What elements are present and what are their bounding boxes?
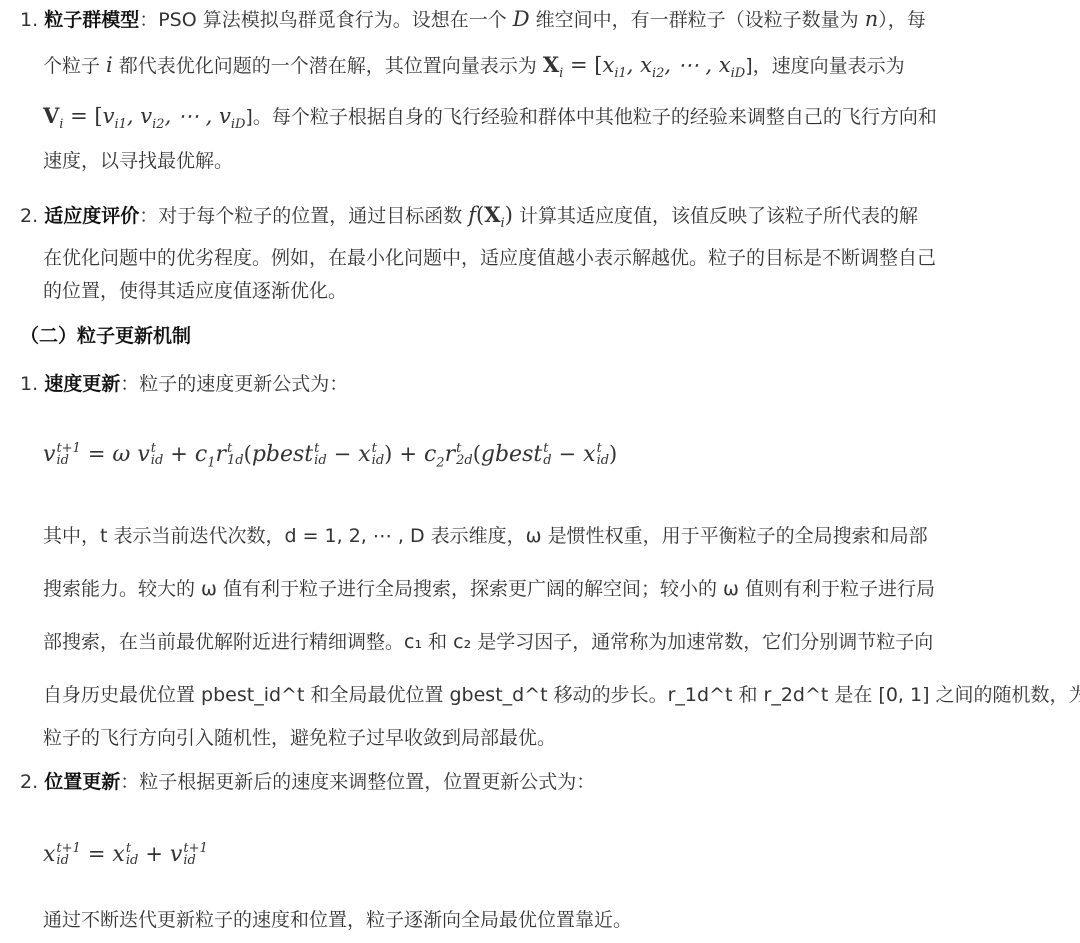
- colon: ：: [120, 771, 139, 793]
- list-number: 2.: [20, 771, 38, 793]
- math-D: D: [513, 7, 530, 31]
- text: 个粒子: [43, 55, 106, 77]
- text: ]。每个粒子根据自身的飞行经验和群体中其他粒子的经验来调整自己的飞行方向和: [245, 106, 936, 128]
- math-x-components: xi1, xi2, ⋯ , xiD: [602, 53, 745, 77]
- text: 对于每个粒子的位置，通过目标函数: [158, 205, 468, 227]
- math-equals: = [: [563, 53, 602, 77]
- position-formula: xt+1id = xtid + vt+1id: [43, 842, 208, 867]
- explain-line-3: 部搜索，在当前最优解附近进行精细调整。c₁ 和 c₂ 是学习因子，通常称为加速常…: [43, 630, 933, 654]
- text: ），每: [878, 9, 926, 31]
- term-title: 粒子群模型: [44, 9, 139, 31]
- list-number: 2.: [20, 205, 38, 227]
- conclusion-text: 通过不断迭代更新粒子的速度和位置，粒子逐渐向全局最优位置靠近。: [43, 908, 632, 932]
- math-i: i: [106, 53, 113, 77]
- math-equals: = [: [63, 104, 102, 128]
- math-n: n: [865, 7, 879, 31]
- item-particle-swarm-model-line2: 个粒子 i 都代表优化问题的一个潜在解，其位置向量表示为 Xi = [xi1, …: [43, 53, 905, 78]
- colon: ：: [120, 373, 139, 395]
- text: 计算其适应度值，该值反映了该粒子所代表的解: [513, 205, 918, 227]
- item-particle-swarm-model-line4: 速度，以寻找最优解。: [43, 149, 233, 173]
- math-v-components: vi1, vi2, ⋯ , viD: [103, 104, 246, 128]
- item-fitness-evaluation: 2. 适应度评价：对于每个粒子的位置，通过目标函数 f(Xi) 计算其适应度值，…: [20, 203, 918, 228]
- item-particle-swarm-model-line3: Vi = [vi1, vi2, ⋯ , viD]。每个粒子根据自身的飞行经验和群…: [43, 104, 937, 129]
- velocity-formula: vt+1id = ω vtid + c1rt1d(pbesttid − xtid…: [43, 442, 617, 467]
- section-heading: （二）粒子更新机制: [20, 324, 191, 348]
- math-X-vector: X: [543, 52, 559, 77]
- explain-line-1: 其中，t 表示当前迭代次数，d = 1, 2, ⋯ , D 表示维度，ω 是惯性…: [43, 524, 928, 548]
- math-f-arg: (Xi): [476, 203, 513, 227]
- term-title: 适应度评价: [44, 205, 139, 227]
- term-title: 位置更新: [44, 771, 120, 793]
- text: 都代表优化问题的一个潜在解，其位置向量表示为: [113, 55, 543, 77]
- explain-line-4: 自身历史最优位置 pbest_id^t 和全局最优位置 gbest_d^t 移动…: [43, 683, 1080, 707]
- list-number: 1.: [20, 9, 38, 31]
- text: 粒子的速度更新公式为：: [139, 373, 348, 395]
- item-position-update: 2. 位置更新：粒子根据更新后的速度来调整位置，位置更新公式为：: [20, 770, 595, 794]
- colon: ：: [139, 205, 158, 227]
- item-fitness-evaluation-line3: 的位置，使得其适应度值逐渐优化。: [43, 279, 347, 303]
- text: 维空间中，有一群粒子（设粒子数量为: [530, 9, 865, 31]
- item-velocity-update: 1. 速度更新：粒子的速度更新公式为：: [20, 372, 348, 396]
- text: PSO 算法模拟鸟群觅食行为。设想在一个: [158, 9, 513, 31]
- math-V-vector: V: [43, 103, 59, 128]
- math-f: f: [468, 203, 476, 227]
- explain-line-5: 粒子的飞行方向引入随机性，避免粒子过早收敛到局部最优。: [43, 726, 556, 750]
- text: 粒子根据更新后的速度来调整位置，位置更新公式为：: [139, 771, 595, 793]
- text: ]，速度向量表示为: [745, 55, 904, 77]
- item-particle-swarm-model: 1. 粒子群模型：PSO 算法模拟鸟群觅食行为。设想在一个 D 维空间中，有一群…: [20, 7, 926, 32]
- item-fitness-evaluation-line2: 在优化问题中的优劣程度。例如，在最小化问题中，适应度值越小表示解越优。粒子的目标…: [43, 246, 936, 270]
- colon: ：: [139, 9, 158, 31]
- term-title: 速度更新: [44, 373, 120, 395]
- list-number: 1.: [20, 373, 38, 395]
- explain-line-2: 搜索能力。较大的 ω 值有利于粒子进行全局搜索，探索更广阔的解空间；较小的 ω …: [43, 577, 935, 601]
